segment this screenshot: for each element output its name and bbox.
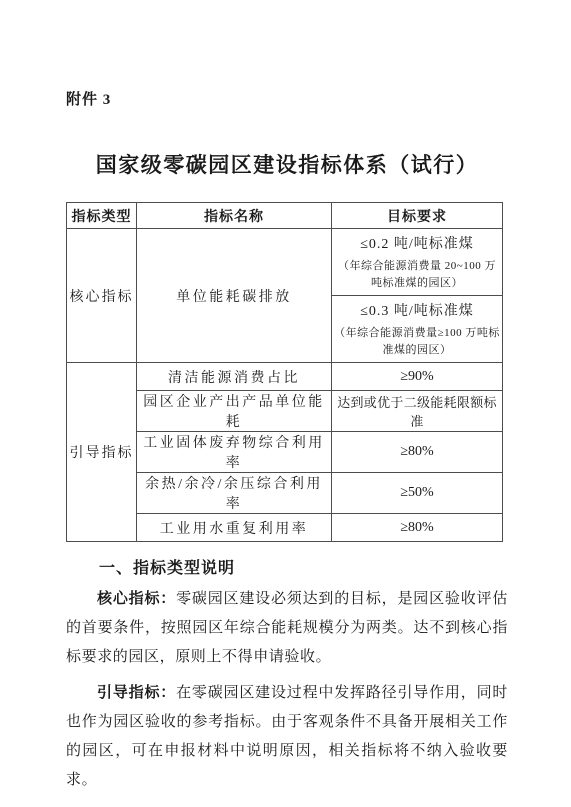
indicators-table: 指标类型 指标名称 目标要求 核心指标 单位能耗碳排放 ≤0.2 吨/吨标准煤 … (66, 202, 503, 542)
guiding-indicator-name: 园区企业产出产品单位能耗 (137, 391, 332, 432)
note-paragraph-guiding-lead: 引导指标： (97, 685, 176, 701)
guiding-type-cell: 引导指标 (67, 363, 137, 542)
guiding-requirement-value: ≥50% (332, 473, 503, 514)
note-paragraph-guiding: 引导指标：在零碳园区建设过程中发挥路径引导作用，同时也作为园区验收的参考指标。由… (66, 679, 508, 795)
core-requirement-1-note: （年综合能源消费量 20~100 万吨标准煤的园区） (334, 258, 500, 292)
note-paragraph-core: 核心指标：零碳园区建设必须达到的目标，是园区验收评估的首要条件，按照园区年综合能… (66, 585, 508, 672)
header-target-requirement: 目标要求 (332, 203, 503, 229)
core-requirement-cell-1: ≤0.2 吨/吨标准煤 （年综合能源消费量 20~100 万吨标准煤的园区） (332, 229, 503, 296)
attachment-label: 附件 3 (66, 88, 508, 109)
core-type-cell: 核心指标 (67, 229, 137, 363)
guiding-requirement-value: ≥90% (332, 363, 503, 391)
page-title: 国家级零碳园区建设指标体系（试行） (66, 149, 508, 179)
document-page: 附件 3 国家级零碳园区建设指标体系（试行） 指标类型 指标名称 目标要求 核心… (0, 0, 571, 807)
core-indicator-name-cell: 单位能耗碳排放 (137, 229, 332, 363)
table-row: 核心指标 单位能耗碳排放 ≤0.2 吨/吨标准煤 （年综合能源消费量 20~10… (67, 229, 503, 296)
guiding-requirement-value: ≥80% (332, 514, 503, 542)
header-indicator-type: 指标类型 (67, 203, 137, 229)
guiding-indicator-name: 工业固体废弃物综合利用率 (137, 432, 332, 473)
guiding-indicator-name: 清洁能源消费占比 (137, 363, 332, 391)
core-requirement-2-value: ≤0.3 吨/吨标准煤 (334, 300, 500, 320)
note-paragraph-core-lead: 核心指标： (97, 591, 176, 607)
table-header-row: 指标类型 指标名称 目标要求 (67, 203, 503, 229)
guiding-indicator-name: 工业用水重复利用率 (137, 514, 332, 542)
guiding-indicator-name: 余热/余冷/余压综合利用率 (137, 473, 332, 514)
notes-section-heading: 一、指标类型说明 (66, 555, 508, 578)
table-row: 引导指标 清洁能源消费占比 ≥90% (67, 363, 503, 391)
guiding-requirement-value: 达到或优于二级能耗限额标准 (332, 391, 503, 432)
core-requirement-cell-2: ≤0.3 吨/吨标准煤 （年综合能源消费量≥100 万吨标准煤的园区） (332, 296, 503, 363)
core-requirement-1-value: ≤0.2 吨/吨标准煤 (334, 233, 500, 253)
guiding-requirement-value: ≥80% (332, 432, 503, 473)
core-requirement-2-note: （年综合能源消费量≥100 万吨标准煤的园区） (334, 325, 500, 359)
header-indicator-name: 指标名称 (137, 203, 332, 229)
